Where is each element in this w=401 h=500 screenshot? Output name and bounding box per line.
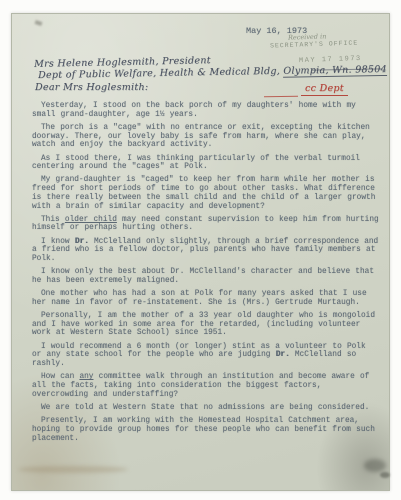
recipient-city-zip: Olympia, Wn. 98504: [283, 64, 387, 78]
letter-paragraph: This older child may need constant super…: [32, 216, 380, 233]
emphasized-text: Dr.: [75, 238, 89, 246]
letter-paragraph: The porch is a "cage" with no entrance o…: [32, 124, 380, 150]
bottom-right-smudge: [364, 459, 386, 472]
letter-paragraph: As I stood there, I was thinking particu…: [32, 155, 380, 172]
letter-paragraph: My grand-daughter is "caged" to keep her…: [32, 176, 380, 211]
paragraph-text: This: [41, 216, 65, 224]
paragraph-text: As I stood there, I was thinking particu…: [32, 155, 360, 172]
salutation: Dear Mrs Hoglesmith:: [35, 82, 148, 93]
red-underline-mark: [264, 96, 298, 98]
paragraph-text: My grand-daughter is "caged" to keep her…: [32, 176, 375, 210]
emphasized-text: Dr.: [276, 351, 290, 359]
letter-paragraph: I know only the best about Dr. McClellan…: [32, 268, 380, 285]
letter-paper: May 16, 1973 Received in SECRETARY'S OFF…: [11, 13, 390, 491]
paragraph-text: I know: [41, 238, 75, 246]
stamp-line-office: SECRETARY'S OFFICE: [270, 39, 358, 49]
letter-body: Yesterday, I stood on the back porch of …: [32, 102, 380, 448]
letter-paragraph: Presently, I am working with the Homeste…: [32, 417, 380, 443]
pencil-mark: [35, 20, 43, 26]
cc-annotation: cc Dept: [301, 83, 348, 96]
letter-paragraph: Personally, I am the mother of a 33 year…: [32, 312, 380, 338]
letter-paragraph: I know Dr. McClelland only slightly, thr…: [32, 238, 380, 264]
letter-paragraph: One mother who has had a son at Polk for…: [32, 290, 380, 307]
emphasized-text: any: [79, 373, 93, 381]
paragraph-text: Personally, I am the mother of a 33 year…: [32, 312, 375, 337]
paragraph-text: We are told at Western State that no adm…: [41, 404, 369, 412]
paragraph-text: How can: [41, 373, 79, 381]
emphasized-text: older child: [65, 216, 117, 224]
letter-paragraph: I would recommend a 6 month (or longer) …: [32, 343, 380, 369]
paragraph-text: Presently, I am working with the Homeste…: [32, 417, 375, 442]
paragraph-text: I know only the best about Dr. McClellan…: [32, 268, 374, 285]
letter-paragraph: Yesterday, I stood on the back porch of …: [32, 102, 380, 119]
bottom-left-smudge: [18, 466, 128, 473]
paragraph-text: The porch is a "cage" with no entrance o…: [32, 124, 370, 149]
paragraph-text: Yesterday, I stood on the back porch of …: [32, 102, 356, 119]
scan-background: { "page": { "paper_color": "#d1d5c7", "t…: [0, 0, 401, 500]
bottom-right-spot: [380, 472, 390, 478]
letter-paragraph: We are told at Western State that no adm…: [32, 404, 380, 413]
paragraph-text: One mother who has had a son at Polk for…: [32, 290, 367, 307]
letter-paragraph: How can any committee walk through an in…: [32, 373, 380, 399]
